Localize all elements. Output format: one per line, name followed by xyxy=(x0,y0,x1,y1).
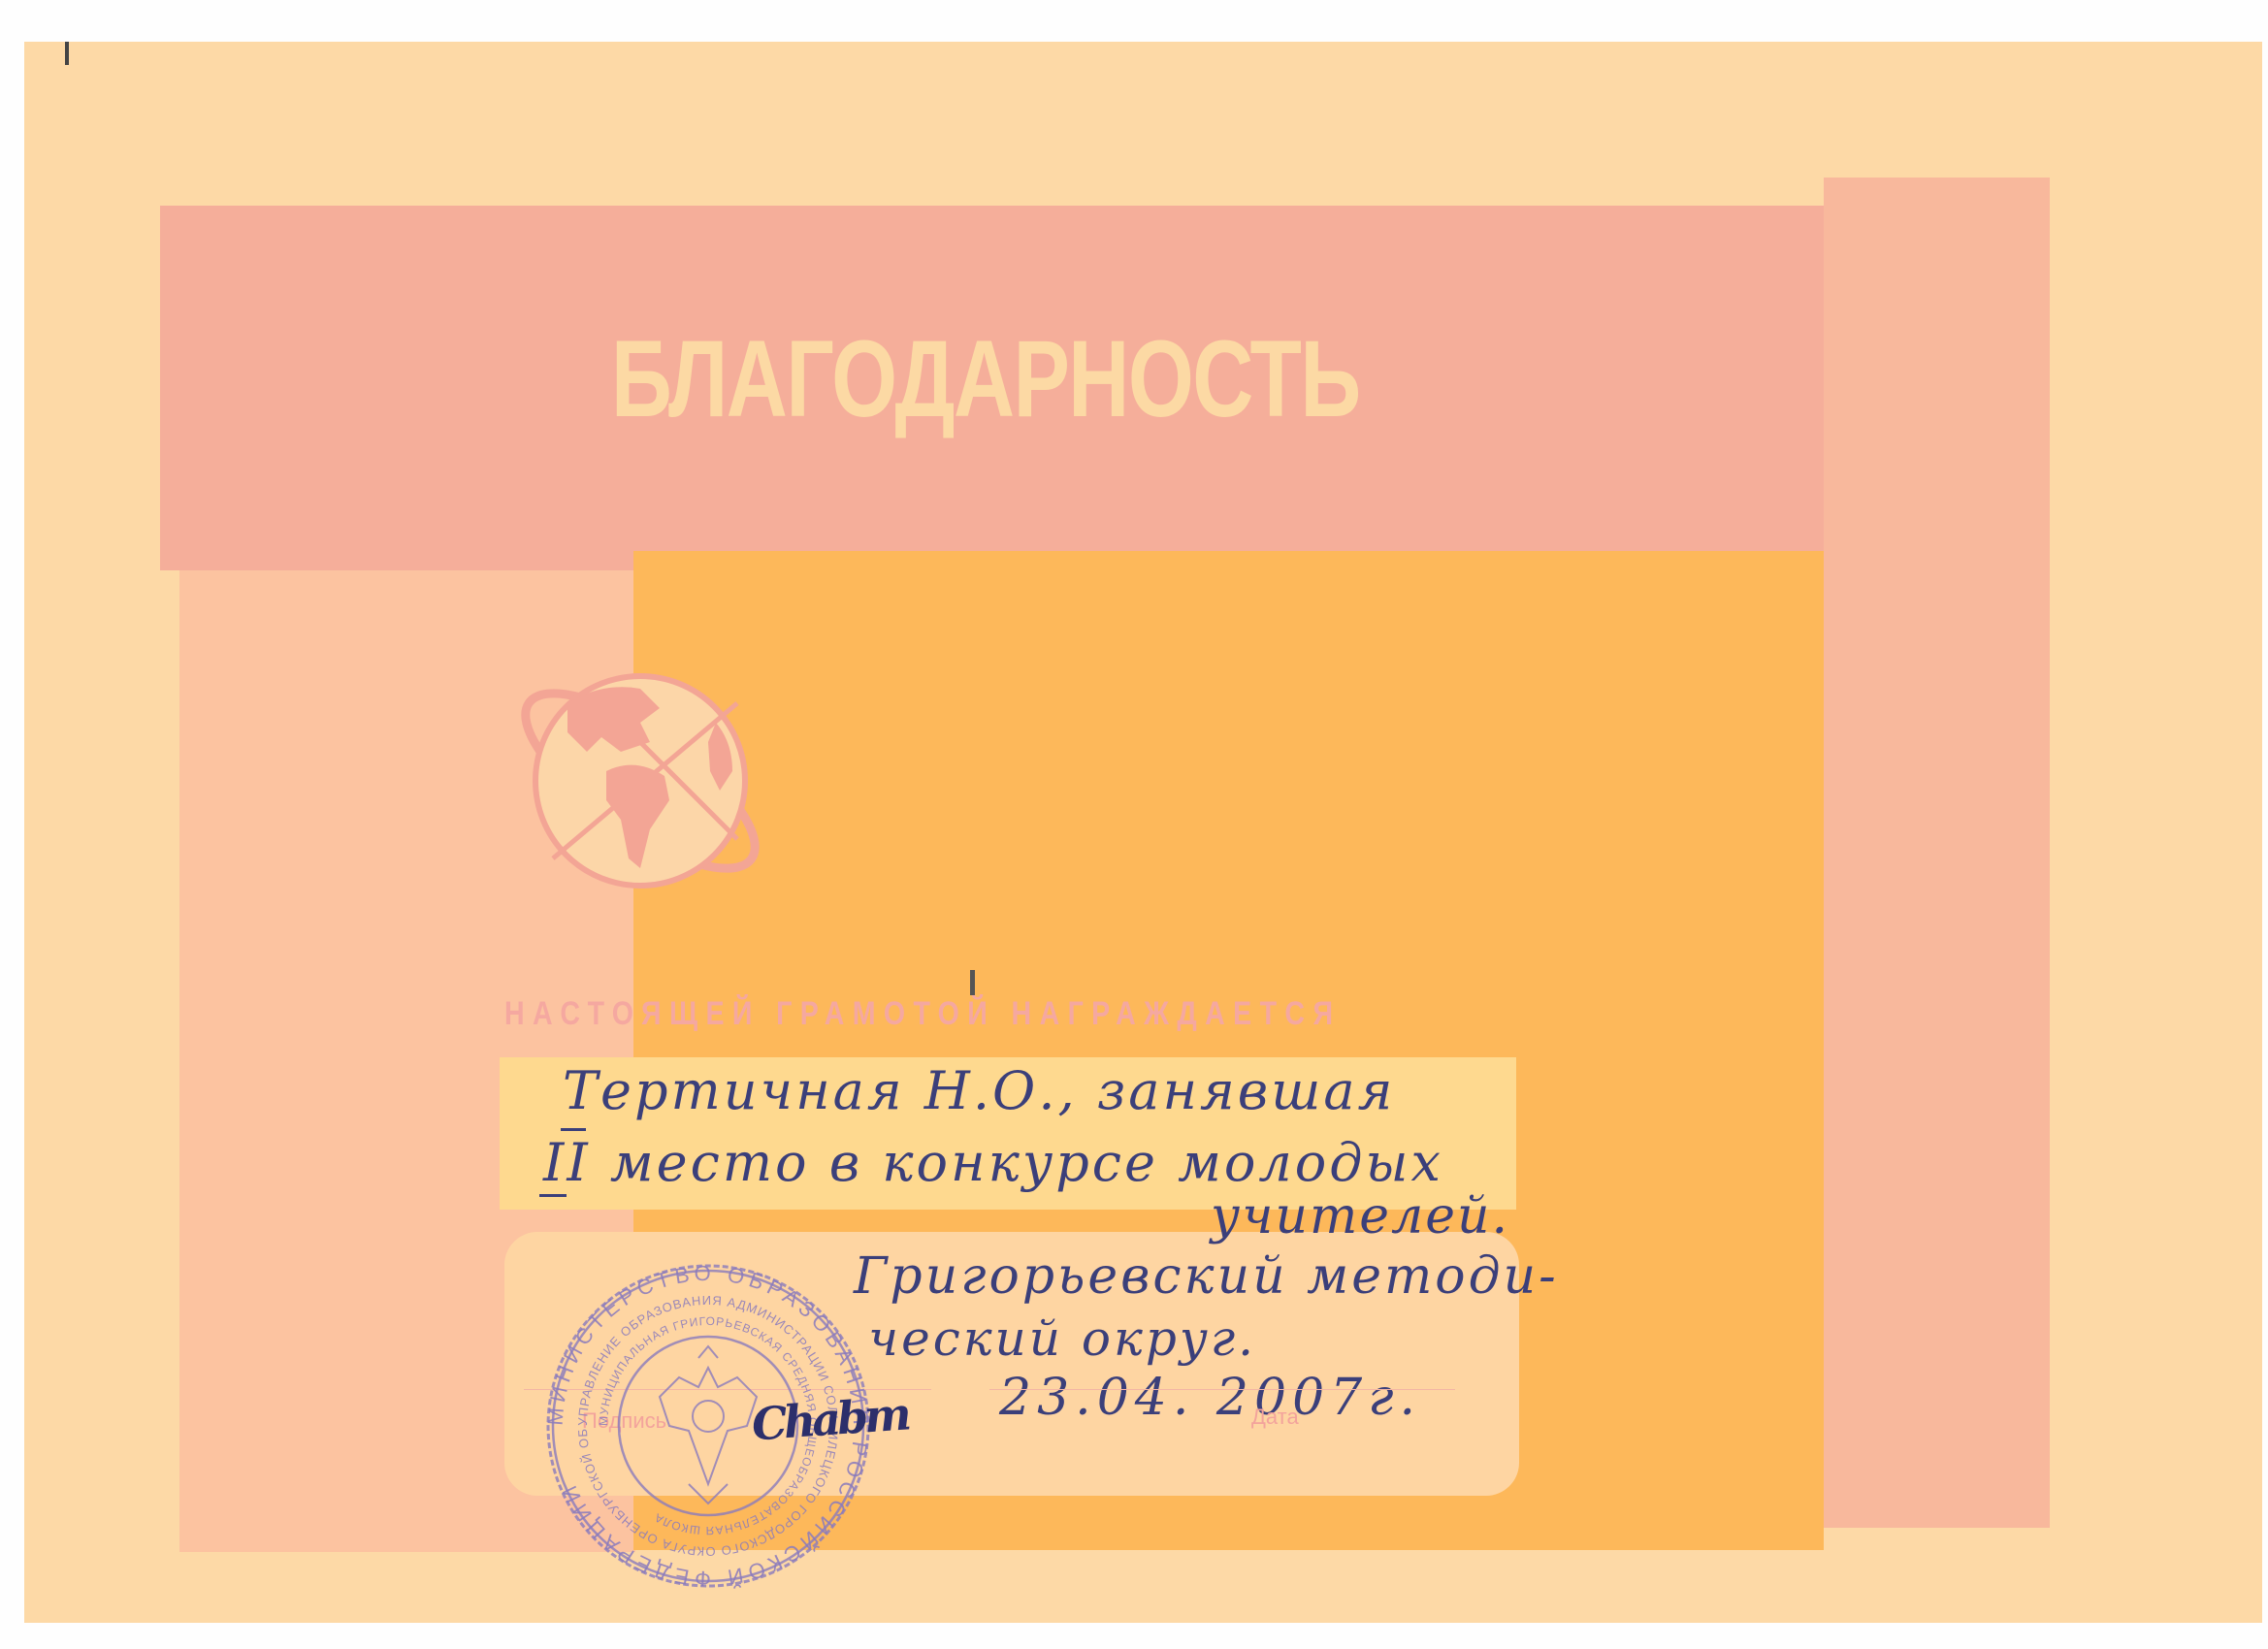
scan-mark xyxy=(970,970,975,995)
handwritten-line-2b: учителей. xyxy=(1211,1191,1509,1242)
roman-underline xyxy=(539,1194,567,1197)
right-pink-strip xyxy=(1824,178,2050,1528)
signature: Chabm xyxy=(751,1391,910,1446)
handwritten-line-3: Григорьевский методи- xyxy=(854,1251,1559,1302)
handwritten-line-4: ческий округ. xyxy=(868,1314,1256,1363)
roman-overline xyxy=(561,1128,586,1131)
scan-mark xyxy=(65,42,69,65)
globe-icon xyxy=(495,664,786,897)
certificate-subtitle: НАСТОЯЩЕЙ ГРАМОТОЙ НАГРАЖДАЕТСЯ xyxy=(504,997,1341,1030)
place-numeral: II xyxy=(543,1132,591,1193)
date-line xyxy=(989,1389,1455,1390)
handwritten-line-2: II место в конкурсе молодых xyxy=(543,1137,1443,1189)
date-label: Дата xyxy=(1251,1405,1299,1430)
certificate-title: БЛАГОДАРНОСТЬ xyxy=(611,325,1201,434)
handwritten-date: 23.04. 2007г. xyxy=(999,1373,1421,1423)
place-text: место в конкурсе молодых xyxy=(610,1132,1443,1193)
handwritten-line-1: Тертичная Н.О., занявшая xyxy=(563,1065,1395,1117)
